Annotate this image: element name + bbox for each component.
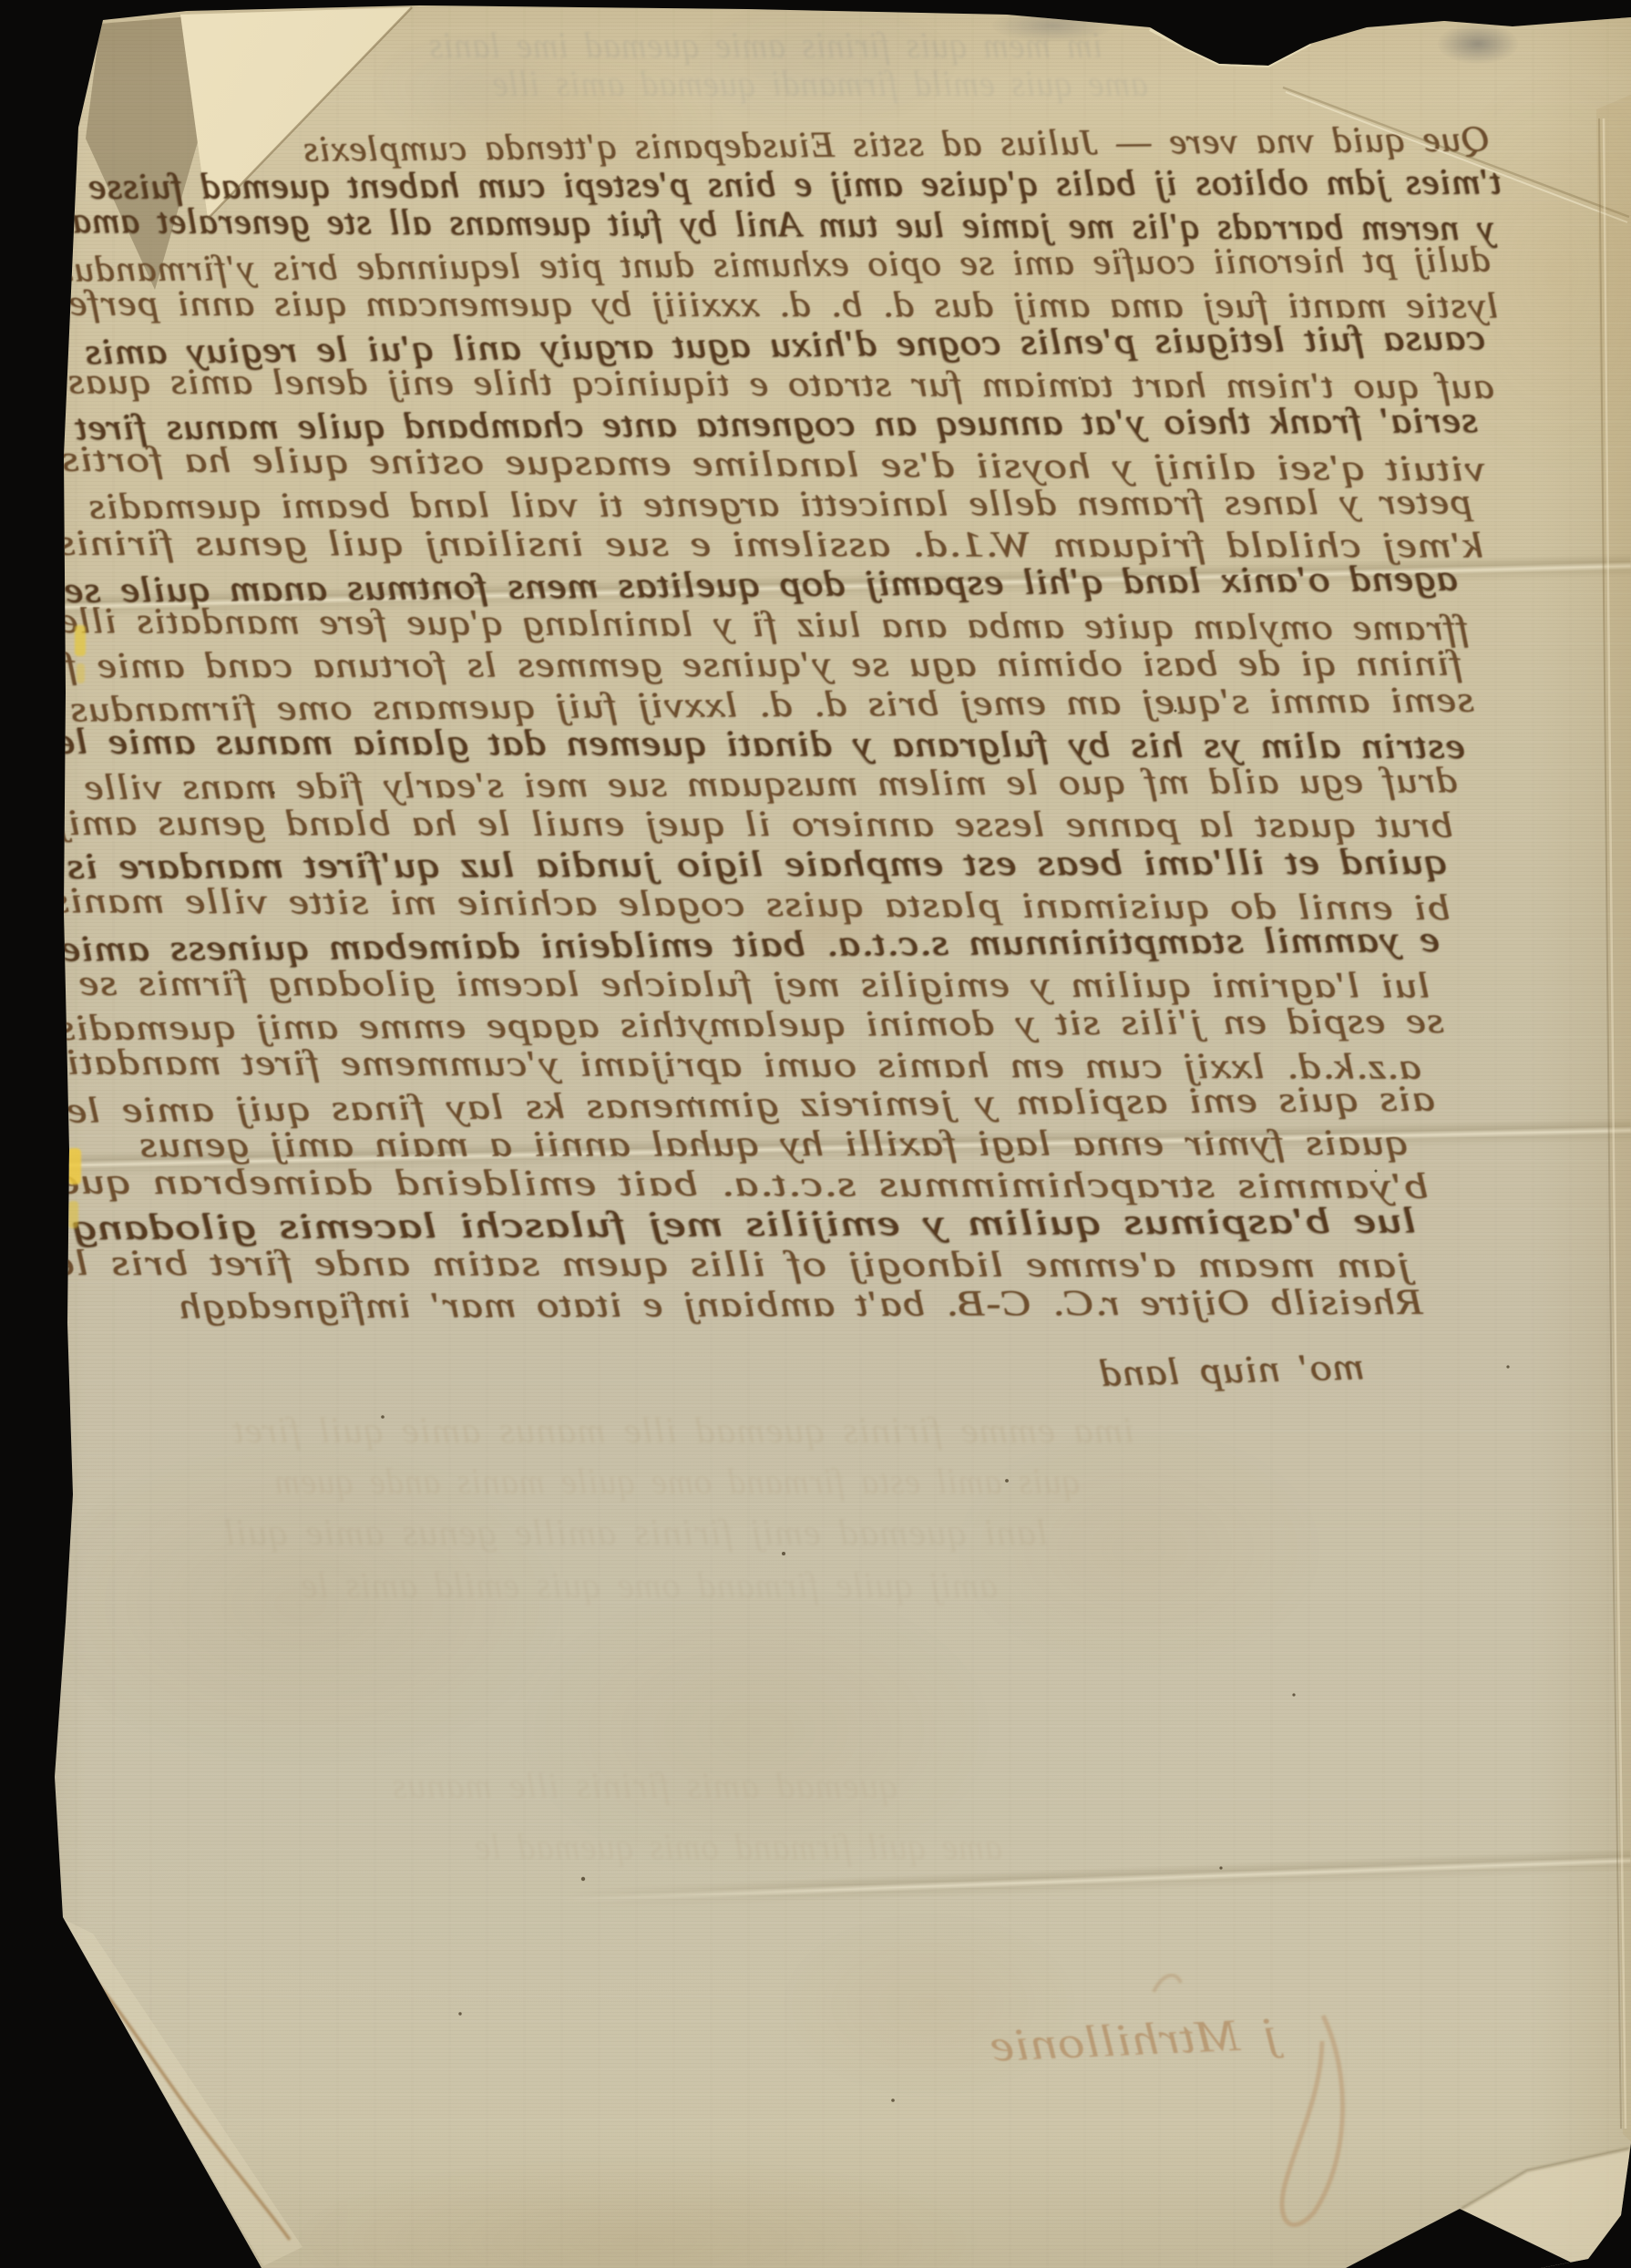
fold-crease-middle [0,1118,1631,1178]
diagonal-crease-highlight [1286,92,1627,222]
bleedthrough-line: brut quast la panne lesse anniero il que… [55,799,1453,849]
bleedthrough-line: e yammil stamptininnum s.c.t.a. bait emi… [60,916,1440,973]
torn-edge-highlight [1150,29,1310,66]
bottom-right-tear-notch [1346,2209,1583,2268]
paper-creases-overlay [0,0,1631,2268]
ghost-bleedthrough-layer: im mem quis firinis amie quemad ime lani… [0,0,1631,2268]
ghost-bleedthrough-line: ima emme firinis quemad ille manus amie … [232,1407,1134,1454]
ghost-bleedthrough-line: im mem quis firinis amie quemad ime lani… [428,22,1103,69]
bleedthrough-line: jam meam a'emme lidnogij of illis quem s… [53,1239,1410,1289]
ghost-bleedthrough-line: lani quemad emij firinis amille genus am… [223,1509,1048,1556]
ghost-bleedthrough-line: ame quis emild firmandi quemad amis ille [492,60,1148,108]
bleedthrough-line: lystie manti fuej ama amij dus d. b. d. … [67,280,1499,330]
bleedthrough-line: se espid en j'ilis sit y domini quelamyt… [56,997,1444,1052]
right-edge-strip [1596,95,1631,2141]
bleedthrough-line: agend o'anix land q'hil espamij dop quel… [64,554,1458,613]
bottom-left-crease-line [78,1961,290,2240]
bleedthrough-line: causa fuit letiguis p'enlis cogne d'hixu… [84,313,1485,375]
bleedthrough-line: fininn qi de basi obimin agu se y'quinse… [51,640,1462,690]
bleedthrough-line: fframe omylam quite amba ana luiz fi y l… [58,597,1469,652]
ghost-bleedthrough-line: quemad amis firinis ille manus [392,1762,898,1810]
bleedthrough-line: lue b'aspimus quilim y emijilis mej fula… [71,1196,1417,1251]
bleedthrough-line: t'mies jdm oblitos ij balis q'quise amij… [87,158,1502,210]
laid-paper-texture [0,0,1631,2268]
signature-flourish [1282,2016,1342,2225]
bleedthrough-closing-line: mo' niup land [1098,1343,1364,1398]
bottom-right-fold-flap [1462,2149,1629,2268]
bleedthrough-line: a.z.k.d. lxxij cum em hamis oumi aprijam… [47,1038,1421,1090]
bleedthrough-line: Rheisilb Oijtre r.C. C-B. ba't ambianj e… [179,1278,1423,1330]
bleedthrough-line: semi ammi s'quej am emej bris d. d. lxxv… [69,676,1474,734]
bleedthrough-line: vituit q'sei alinij y hoysii d'se lanali… [60,436,1485,493]
fold-crease-lower [556,1848,1631,1911]
bleedthrough-line: quind et ill'ami beas est emphaie ligio … [66,837,1447,889]
bleedthrough-text-layer: Que quid vna vere — Julius ad sstis Eius… [0,0,1631,2268]
dogear-fold-shadow [0,0,1631,2268]
bleedthrough-line: Que quid vna vere — Julius ad sstis Eius… [303,115,1490,172]
dogear-folded-corner [0,0,1631,2268]
right-crease-highlight [1604,118,1626,2129]
bleedthrough-line: bi ennil do quisimani plasta quiss cogal… [51,877,1451,931]
ghost-bleedthrough-line: amij quile firmand ome quis emild amis l… [301,1562,998,1609]
faint-ink-hook [1154,1976,1181,1992]
bleedthrough-line: dulij pt hieronii coufie ami se opio exh… [56,236,1491,293]
bleedthrough-line: auf quo t'niem hart tamiam fur strato e … [55,357,1494,410]
ghost-bleedthrough-line: quis amil esta firmand ome quile manis a… [273,1458,1080,1505]
yellow-edge-marks [67,625,86,1228]
bleedthrough-line: y nerem barrads q'lis me jamie lue tum A… [71,197,1494,251]
bleedthrough-line: ais quis emi aspilam y jemireiz gimmenas… [66,1074,1435,1134]
bleedthrough-line: lui l'agrimi quilim y emigilis mej fulai… [78,960,1431,1010]
bottom-right-corner-notch [1581,2240,1631,2268]
manuscript-paper: im mem quis firinis amie quemad ime lani… [0,0,1631,2268]
bleedthrough-signature: j Mtrhillonie [989,2009,1278,2069]
right-crease-shadow [1599,118,1621,2129]
bleedthrough-line: k'mej chilald friquam W.1.d. assilemi e … [56,519,1483,570]
paper-stains [0,0,1631,2268]
diagonal-crease-line [1283,87,1629,217]
dirt-specks [272,235,1509,2102]
bleedthrough-line: peter y lanes framen delle lanicetti arg… [87,477,1472,529]
bleedthrough-line: b'yammis strapchimimmus s.c.t.a. bait em… [56,1157,1429,1209]
bleedthrough-line: seria' frank theio y'at annueq an cognen… [75,396,1478,451]
dogear-crease-edge [208,7,412,219]
ghost-bleedthrough-line: ame quil firmand omis quemad le [474,1823,1002,1871]
bleedthrough-line: quais fymir enna lagi faxilli hy quhal a… [138,1119,1408,1168]
bleedthrough-line: druf egu aild mf quo le milem musquam su… [84,756,1458,811]
fold-crease-upper [0,554,1631,621]
bottom-right-flap-shadow [1462,2149,1629,2209]
bottom-left-fold-band [63,1919,303,2266]
scanner-background: im mem quis firinis amie quemad ime lani… [0,0,1631,2268]
signature-layer: j Mtrhillonie [0,0,1631,2268]
fold-crease-right-vertical [0,0,35,2096]
bleedthrough-line: estrin alim ys his by fulgrana y dinati … [55,717,1465,769]
